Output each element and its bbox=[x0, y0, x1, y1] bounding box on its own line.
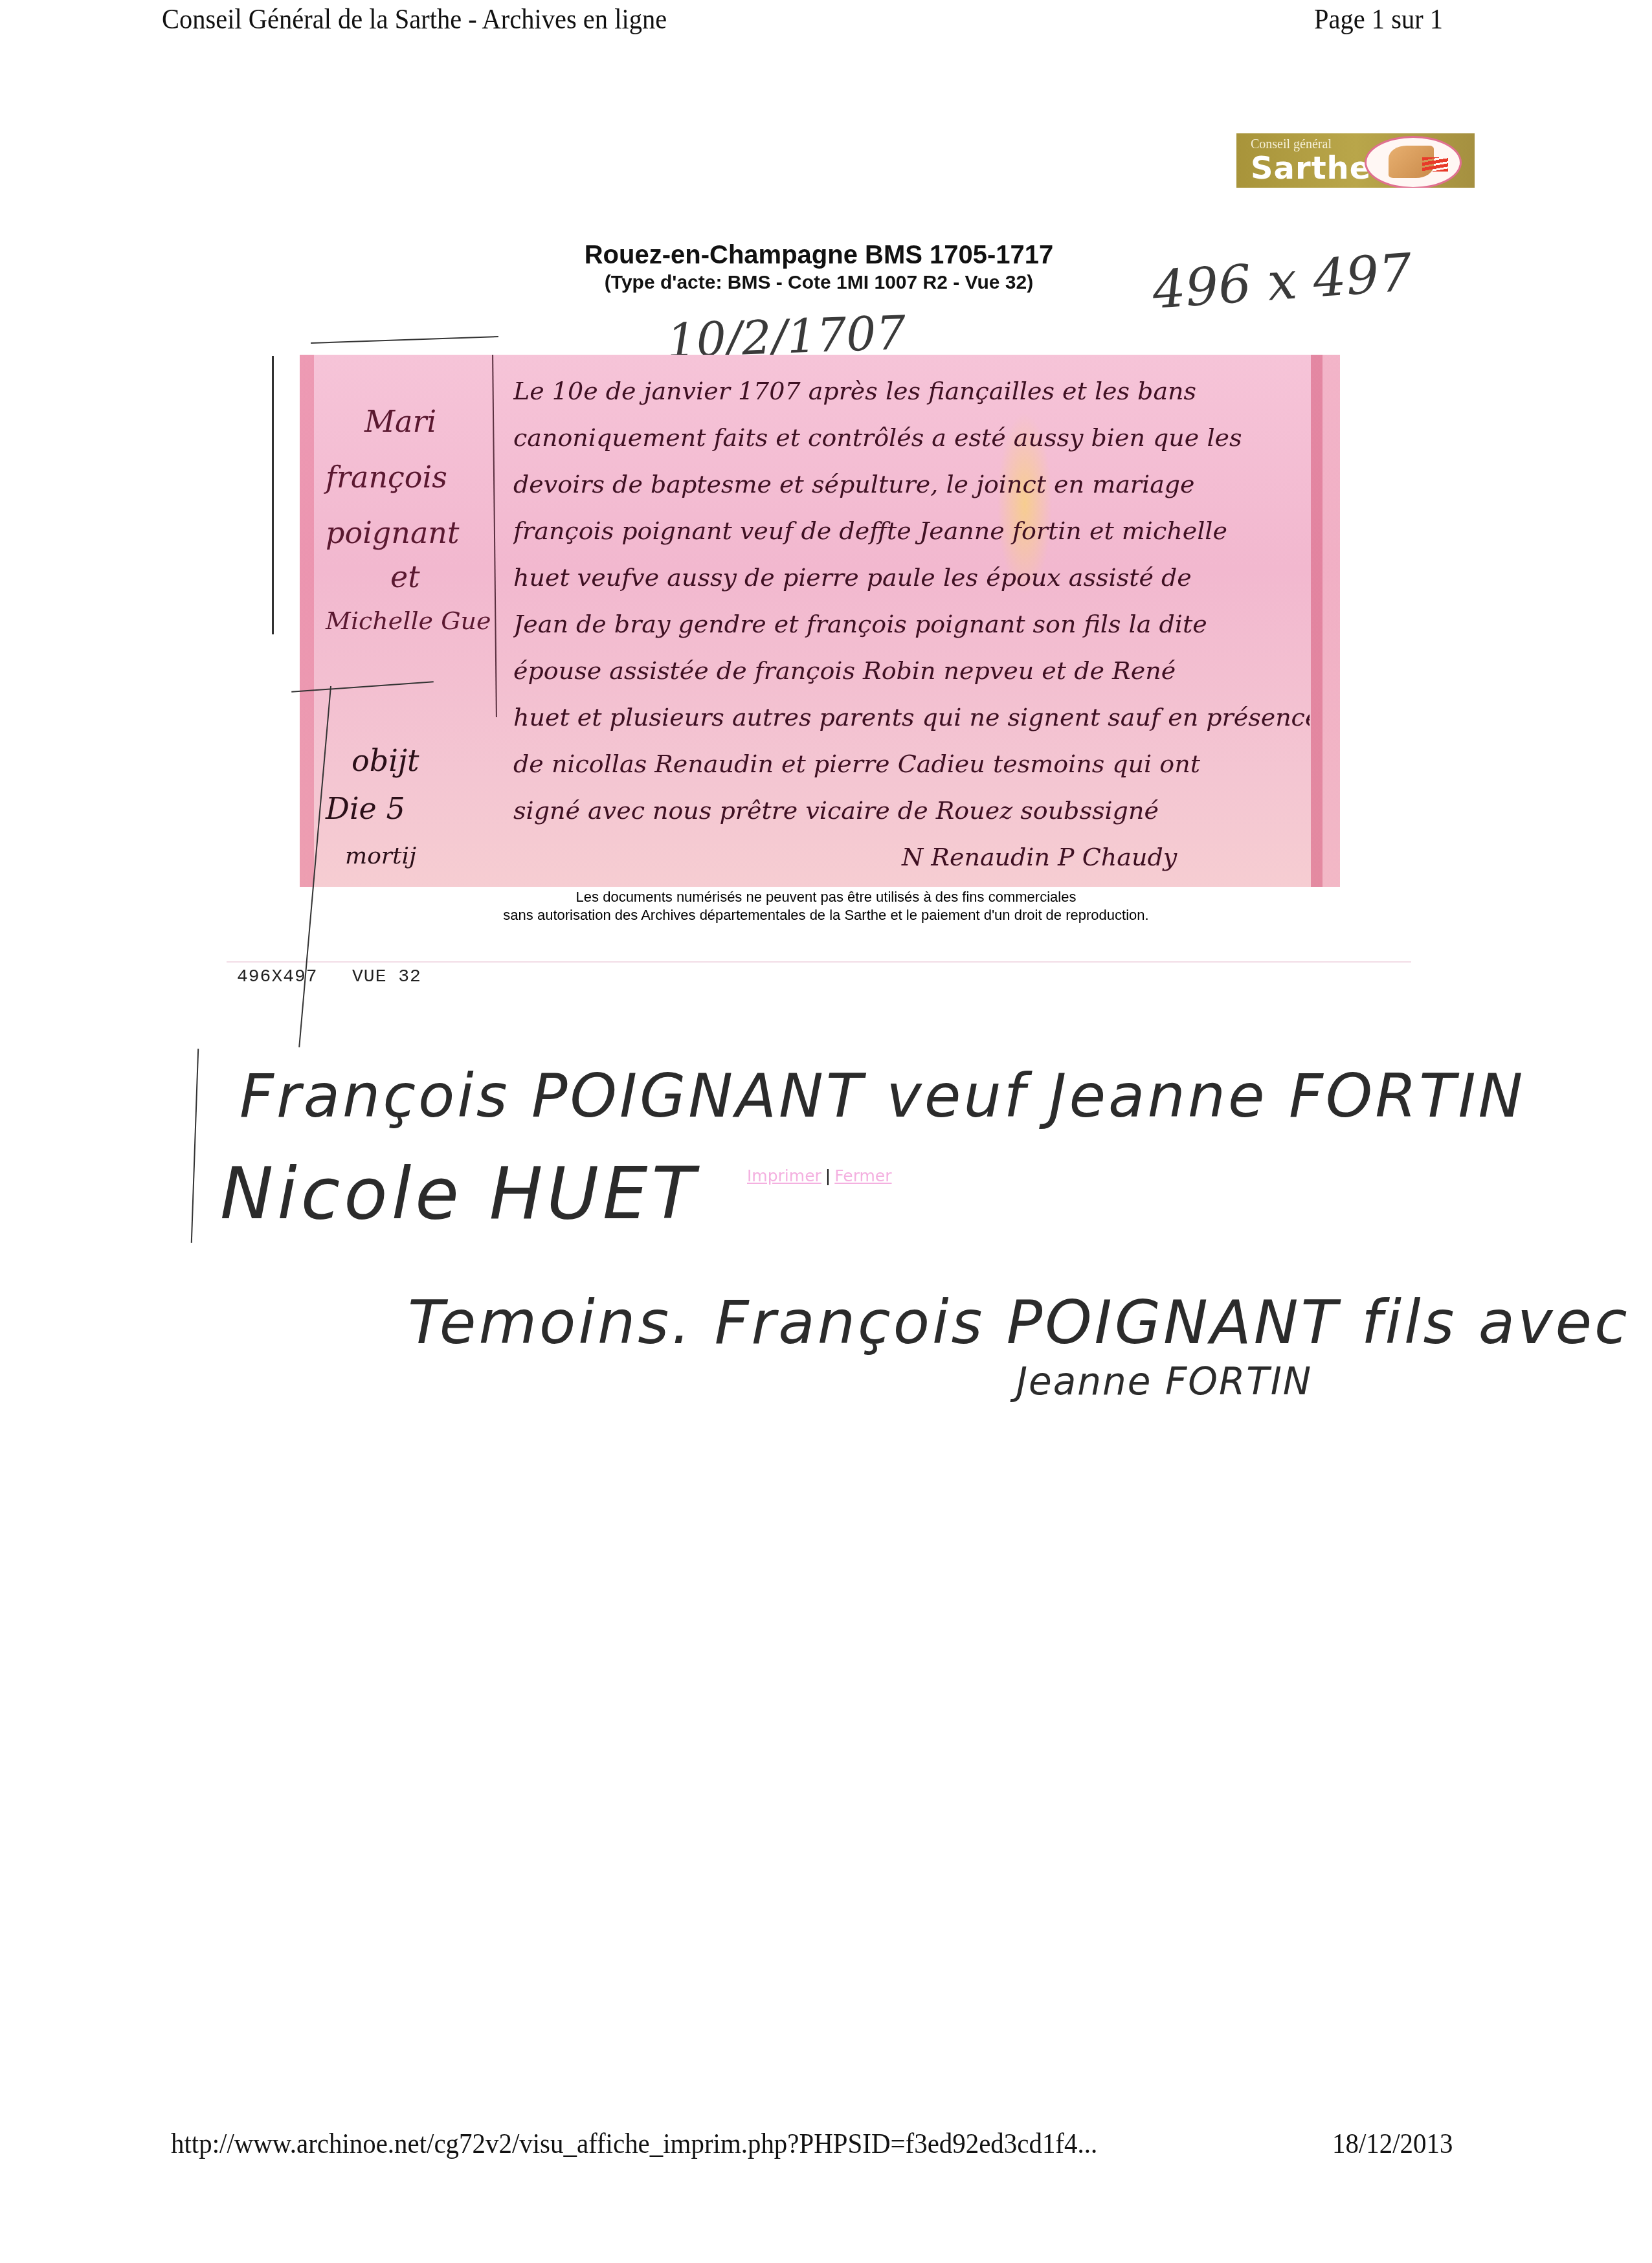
manuscript-line: Le 12e janvier 1707 a esté baptisée fran… bbox=[513, 880, 1310, 887]
print-date: 18/12/2013 bbox=[1332, 2127, 1453, 2160]
pencil-bracket-left bbox=[272, 356, 274, 634]
links-separator: | bbox=[825, 1166, 831, 1185]
manuscript-line: canoniquement faits et contrôlés a esté … bbox=[513, 414, 1310, 461]
separator-line bbox=[227, 961, 1411, 963]
notice-line: Les documents numérisés ne peuvent pas ê… bbox=[0, 888, 1652, 906]
pencil-bracket-notes bbox=[191, 1049, 199, 1243]
page-indicator: Page 1 sur 1 bbox=[1314, 3, 1443, 36]
manuscript-scan: Mari françois poignant et Michelle Gue o… bbox=[300, 355, 1340, 887]
manuscript-line: épouse assistée de françois Robin nepveu… bbox=[513, 647, 1310, 694]
handwritten-note-witness-mother: Jeanne FORTIN bbox=[1016, 1359, 1312, 1403]
sarthe-emblem-icon bbox=[1365, 136, 1462, 188]
logo-big-text: Sarthe bbox=[1251, 150, 1371, 186]
margin-note: mortij bbox=[326, 832, 419, 880]
margin-notes-marriage: Mari françois poignant et Michelle Gue bbox=[326, 394, 491, 649]
handwritten-note-witnesses: Temoins. François POIGNANT fils avec bbox=[408, 1288, 1630, 1357]
manuscript-line: de nicollas Renaudin et pierre Cadieu te… bbox=[513, 741, 1310, 787]
manuscript-line: Le 10e de janvier 1707 après les fiançai… bbox=[513, 368, 1310, 414]
margin-rule bbox=[492, 355, 497, 717]
close-link[interactable]: Fermer bbox=[834, 1166, 891, 1185]
reference-label: 496X497 VUE 32 bbox=[237, 967, 421, 987]
manuscript-line: signé avec nous prêtre vicaire de Rouez … bbox=[513, 787, 1310, 834]
reference-text: 496X497 VUE 32 bbox=[237, 967, 421, 987]
margin-note: poignant bbox=[326, 505, 491, 561]
print-links: Imprimer|Fermer bbox=[747, 1166, 892, 1185]
manuscript-text: Le 10e de janvier 1707 après les fiançai… bbox=[513, 368, 1310, 887]
pencil-bracket-top bbox=[311, 336, 498, 344]
manuscript-line: huet veufve aussy de pierre paule les ép… bbox=[513, 554, 1310, 601]
reproduction-notice: Les documents numérisés ne peuvent pas ê… bbox=[0, 888, 1652, 924]
margin-notes-death: obijt Die 5 mortij bbox=[326, 737, 419, 880]
manuscript-signatures: N Renaudin P Chaudy bbox=[513, 834, 1310, 880]
manuscript-line: devoirs de baptesme et sépulture, le joi… bbox=[513, 461, 1310, 507]
handwritten-note-bride: Nicole HUET bbox=[220, 1152, 699, 1235]
margin-note: et bbox=[326, 561, 491, 593]
site-title: Conseil Général de la Sarthe - Archives … bbox=[162, 3, 667, 36]
margin-note: obijt bbox=[326, 737, 419, 785]
margin-note: Mari bbox=[326, 394, 491, 449]
margin-note: Die 5 bbox=[326, 785, 419, 832]
sarthe-logo: Conseil général Sarthe bbox=[1236, 133, 1475, 188]
margin-note: Michelle Gue bbox=[326, 593, 491, 649]
page-url: http://www.archinoe.net/cg72v2/visu_affi… bbox=[171, 2127, 1097, 2160]
manuscript-line: françois poignant veuf de deffte Jeanne … bbox=[513, 507, 1310, 554]
manuscript-line: Jean de bray gendre et françois poignant… bbox=[513, 601, 1310, 647]
margin-note: françois bbox=[326, 449, 491, 505]
manuscript-line: huet et plusieurs autres parents qui ne … bbox=[513, 694, 1310, 741]
notice-line: sans autorisation des Archives départeme… bbox=[0, 906, 1652, 924]
handwritten-note-spouse: François POIGNANT veuf Jeanne FORTIN bbox=[240, 1062, 1525, 1131]
print-link[interactable]: Imprimer bbox=[747, 1166, 821, 1185]
